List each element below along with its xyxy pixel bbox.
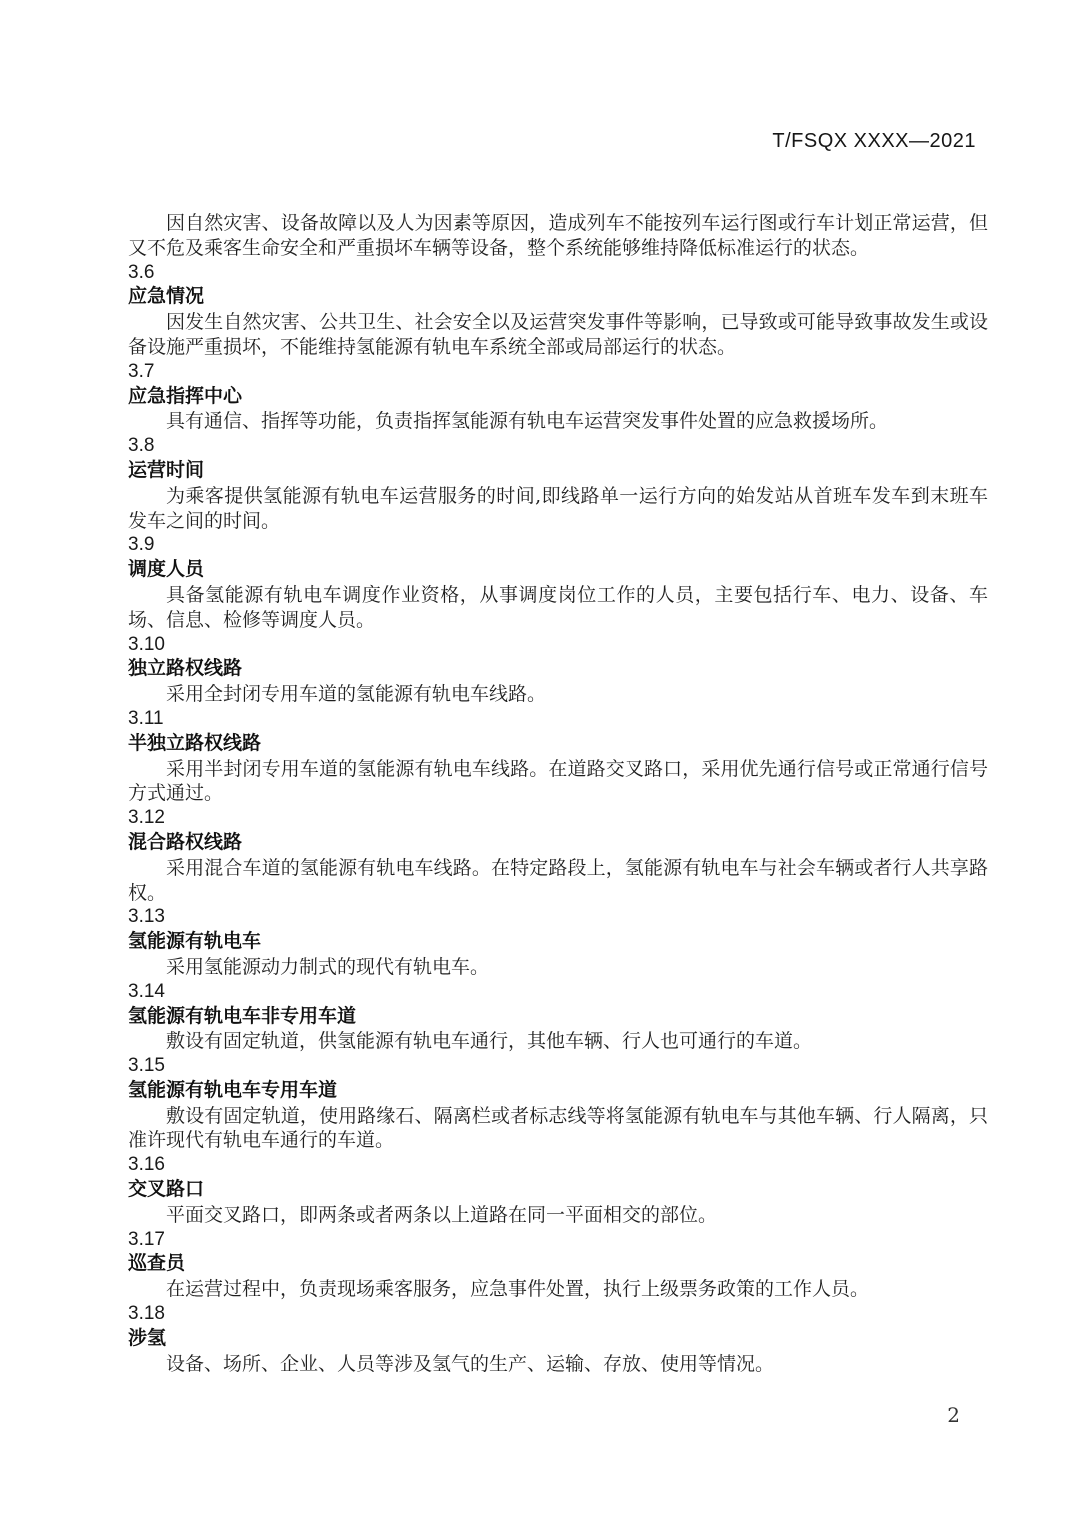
term-number: 3.10 (128, 633, 988, 658)
term-definition: 采用氢能源动力制式的现代有轨电车。 (128, 955, 988, 980)
document-page: T/FSQX XXXX—2021 因自然灾害、设备故障以及人为因素等原因，造成列… (0, 0, 1080, 1527)
term-definition: 在运营过程中，负责现场乘客服务，应急事件处置，执行上级票务政策的工作人员。 (128, 1277, 988, 1302)
term-definition: 敷设有固定轨道，使用路缘石、隔离栏或者标志线等将氢能源有轨电车与其他车辆、行人隔… (128, 1104, 988, 1154)
terms-and-definitions-section: 因自然灾害、设备故障以及人为因素等原因，造成列车不能按列车运行图或行车计划正常运… (128, 211, 988, 1376)
term-name: 涉氢 (128, 1327, 988, 1352)
page-number: 2 (947, 1403, 960, 1427)
term-entry: 3.6 应急情况 因发生自然灾害、公共卫生、社会安全以及运营突发事件等影响，已导… (128, 261, 988, 360)
term-number: 3.6 (128, 261, 988, 286)
term-name: 氢能源有轨电车专用车道 (128, 1079, 988, 1104)
term-entry: 3.9 调度人员 具备氢能源有轨电车调度作业资格，从事调度岗位工作的人员，主要包… (128, 533, 988, 632)
term-name: 巡查员 (128, 1252, 988, 1277)
term-number: 3.18 (128, 1302, 988, 1327)
term-name: 交叉路口 (128, 1178, 988, 1203)
term-number: 3.15 (128, 1054, 988, 1079)
term-name: 半独立路权线路 (128, 732, 988, 757)
term-entry: 3.14 氢能源有轨电车非专用车道 敷设有固定轨道，供氢能源有轨电车通行，其他车… (128, 980, 988, 1054)
term-entry: 3.12 混合路权线路 采用混合车道的氢能源有轨电车线路。在特定路段上，氢能源有… (128, 806, 988, 905)
term-definition: 采用全封闭专用车道的氢能源有轨电车线路。 (128, 682, 988, 707)
term-entry: 3.13 氢能源有轨电车 采用氢能源动力制式的现代有轨电车。 (128, 905, 988, 979)
term-name: 氢能源有轨电车 (128, 930, 988, 955)
term-entry: 3.8 运营时间 为乘客提供氢能源有轨电车运营服务的时间,即线路单一运行方向的始… (128, 434, 988, 533)
term-number: 3.11 (128, 707, 988, 732)
term-number: 3.14 (128, 980, 988, 1005)
term-entry: 3.7 应急指挥中心 具有通信、指挥等功能，负责指挥氢能源有轨电车运营突发事件处… (128, 360, 988, 434)
term-entry: 3.10 独立路权线路 采用全封闭专用车道的氢能源有轨电车线路。 (128, 633, 988, 707)
term-name: 独立路权线路 (128, 657, 988, 682)
term-entry: 3.17 巡查员 在运营过程中，负责现场乘客服务，应急事件处置，执行上级票务政策… (128, 1228, 988, 1302)
term-entry: 3.16 交叉路口 平面交叉路口，即两条或者两条以上道路在同一平面相交的部位。 (128, 1153, 988, 1227)
term-number: 3.13 (128, 905, 988, 930)
term-name: 应急情况 (128, 285, 988, 310)
term-entry: 3.15 氢能源有轨电车专用车道 敷设有固定轨道，使用路缘石、隔离栏或者标志线等… (128, 1054, 988, 1153)
term-definition: 具有通信、指挥等功能，负责指挥氢能源有轨电车运营突发事件处置的应急救援场所。 (128, 409, 988, 434)
term-name: 应急指挥中心 (128, 385, 988, 410)
term-name: 混合路权线路 (128, 831, 988, 856)
term-entry: 3.11 半独立路权线路 采用半封闭专用车道的氢能源有轨电车线路。在道路交叉路口… (128, 707, 988, 806)
term-number: 3.17 (128, 1228, 988, 1253)
continuation-paragraph: 因自然灾害、设备故障以及人为因素等原因，造成列车不能按列车运行图或行车计划正常运… (128, 211, 988, 261)
term-number: 3.12 (128, 806, 988, 831)
term-name: 氢能源有轨电车非专用车道 (128, 1005, 988, 1030)
term-definition: 设备、场所、企业、人员等涉及氢气的生产、运输、存放、使用等情况。 (128, 1352, 988, 1377)
term-number: 3.9 (128, 533, 988, 558)
term-name: 运营时间 (128, 459, 988, 484)
term-number: 3.16 (128, 1153, 988, 1178)
term-definition: 平面交叉路口，即两条或者两条以上道路在同一平面相交的部位。 (128, 1203, 988, 1228)
term-definition: 具备氢能源有轨电车调度作业资格，从事调度岗位工作的人员，主要包括行车、电力、设备… (128, 583, 988, 633)
term-definition: 为乘客提供氢能源有轨电车运营服务的时间,即线路单一运行方向的始发站从首班车发车到… (128, 484, 988, 534)
term-definition: 采用混合车道的氢能源有轨电车线路。在特定路段上，氢能源有轨电车与社会车辆或者行人… (128, 856, 988, 906)
term-name: 调度人员 (128, 558, 988, 583)
term-number: 3.7 (128, 360, 988, 385)
term-definition: 因发生自然灾害、公共卫生、社会安全以及运营突发事件等影响，已导致或可能导致事故发… (128, 310, 988, 360)
term-number: 3.8 (128, 434, 988, 459)
term-definition: 采用半封闭专用车道的氢能源有轨电车线路。在道路交叉路口，采用优先通行信号或正常通… (128, 757, 988, 807)
term-entry: 3.18 涉氢 设备、场所、企业、人员等涉及氢气的生产、运输、存放、使用等情况。 (128, 1302, 988, 1376)
term-definition: 敷设有固定轨道，供氢能源有轨电车通行，其他车辆、行人也可通行的车道。 (128, 1029, 988, 1054)
document-code-header: T/FSQX XXXX—2021 (772, 130, 976, 153)
